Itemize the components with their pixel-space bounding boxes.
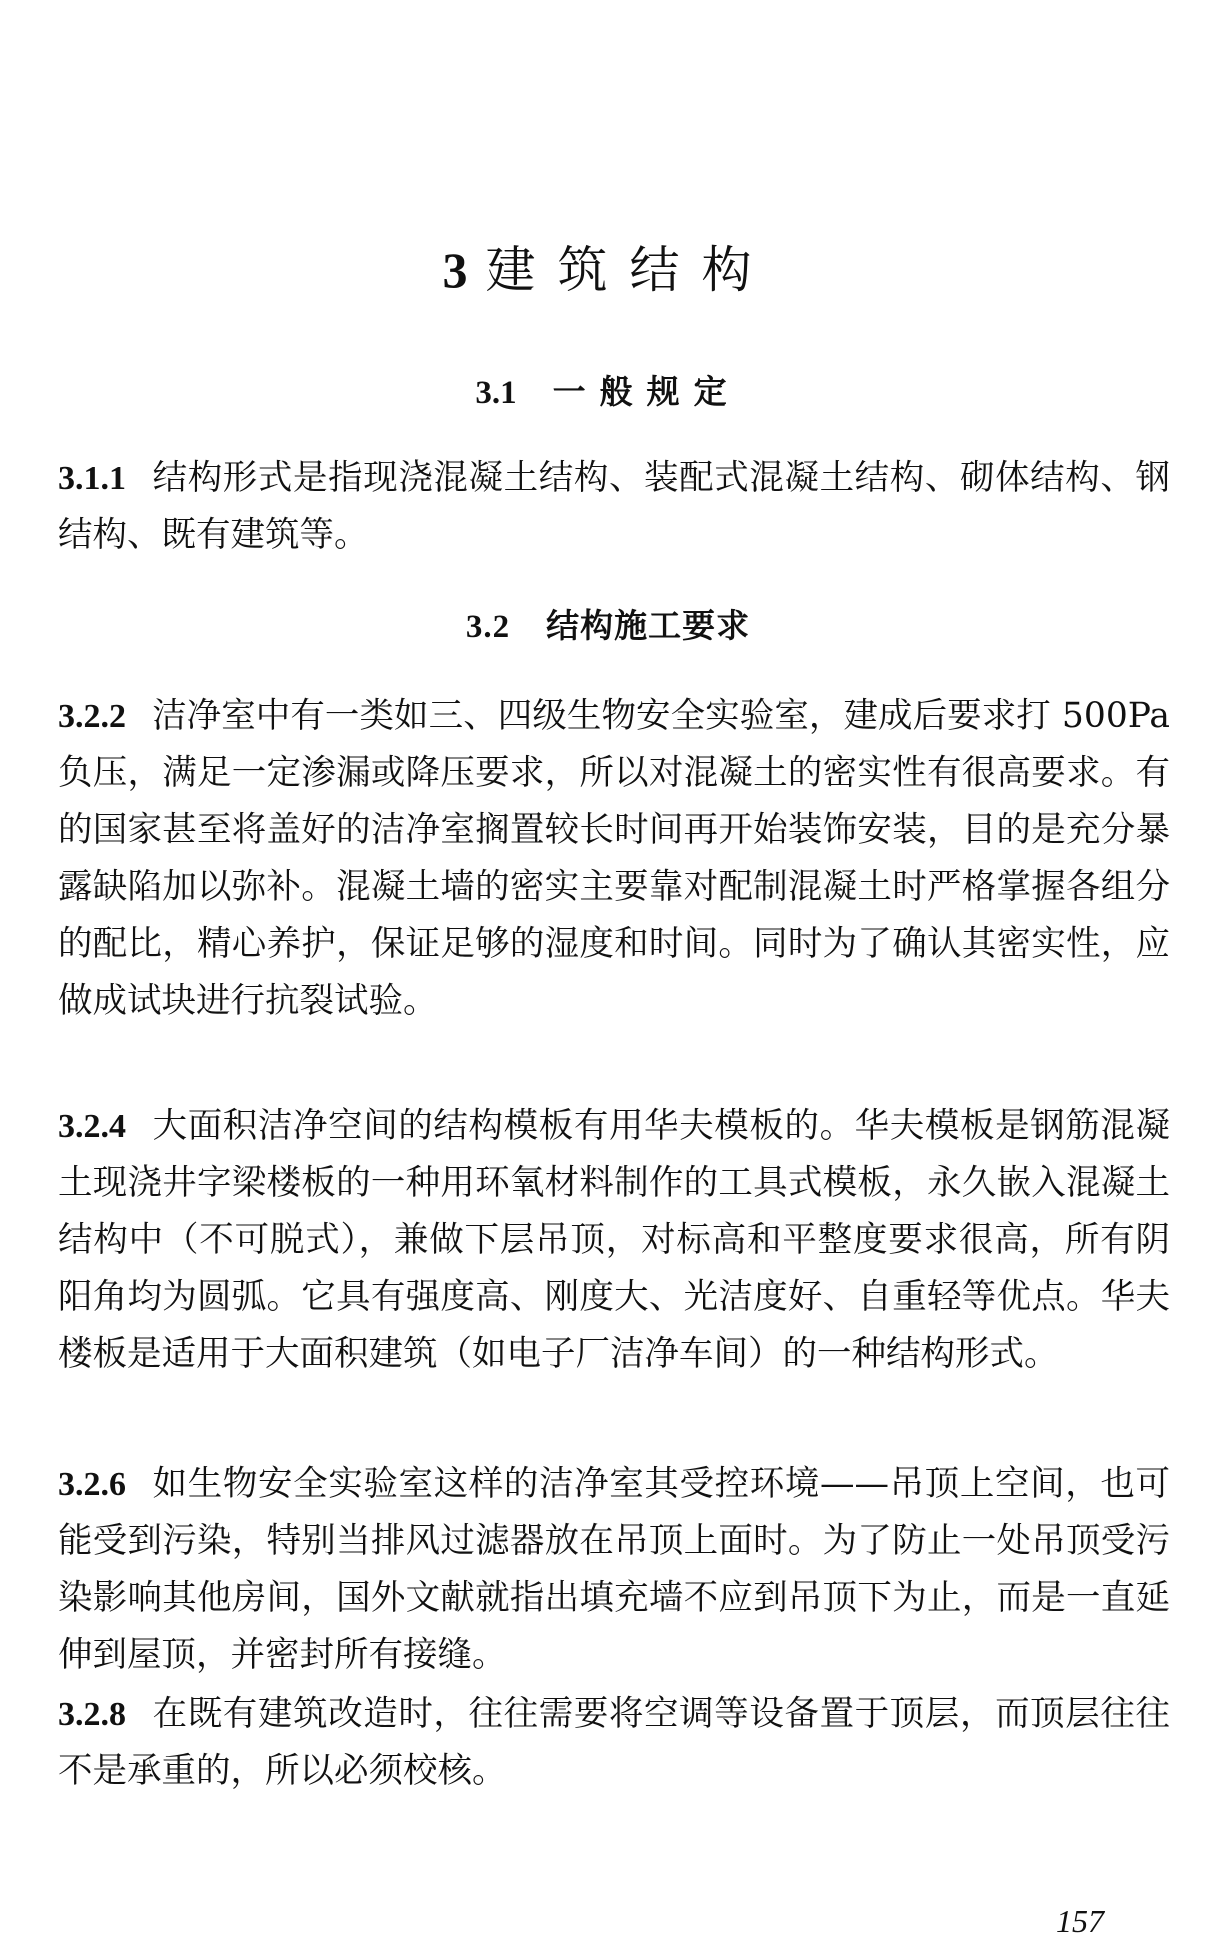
section-number: 3.1	[475, 375, 516, 411]
clause-text: 结构形式是指现浇混凝土结构、装配式混凝土结构、砌体结构、钢结构、既有建筑等。	[58, 458, 1170, 555]
clause-text: 在既有建筑改造时，往往需要将空调等设备置于顶层，而顶层往往不是承重的，所以必须校…	[58, 1694, 1170, 1791]
clause-3-2-8: 3.2.8在既有建筑改造时，往往需要将空调等设备置于顶层，而顶层往往不是承重的，…	[58, 1686, 1170, 1800]
clause-number: 3.2.4	[58, 1108, 126, 1145]
section-title-text: 结构施工要求	[546, 606, 750, 645]
clause-3-2-2: 3.2.2洁净室中有一类如三、四级生物安全实验室，建成后要求打 500Pa 负压…	[58, 688, 1170, 1030]
chapter-title-text: 建筑结构	[486, 241, 774, 299]
clause-text: 大面积洁净空间的结构模板有用华夫模板的。华夫模板是钢筋混凝土现浇井字梁楼板的一种…	[58, 1106, 1170, 1374]
clause-3-2-6: 3.2.6如生物安全实验室这样的洁净室其受控环境——吊顶上空间，也可能受到污染，…	[58, 1456, 1170, 1684]
clause-3-1-1: 3.1.1结构形式是指现浇混凝土结构、装配式混凝土结构、砌体结构、钢结构、既有建…	[58, 450, 1170, 564]
clause-text: 如生物安全实验室这样的洁净室其受控环境——吊顶上空间，也可能受到污染，特别当排风…	[58, 1464, 1170, 1675]
clause-number: 3.2.6	[58, 1466, 126, 1503]
clause-3-2-4: 3.2.4大面积洁净空间的结构模板有用华夫模板的。华夫模板是钢筋混凝土现浇井字梁…	[58, 1098, 1170, 1383]
section-title-text: 一般规定	[553, 372, 741, 411]
clause-text: 洁净室中有一类如三、四级生物安全实验室，建成后要求打 500Pa 负压，满足一定…	[58, 696, 1170, 1021]
chapter-number: 3	[443, 242, 468, 298]
clause-number: 3.2.8	[58, 1696, 126, 1733]
section-heading-3-2: 3.2结构施工要求	[0, 606, 1216, 647]
clause-number: 3.2.2	[58, 698, 126, 735]
section-heading-3-1: 3.1一般规定	[0, 372, 1216, 413]
clause-number: 3.1.1	[58, 460, 126, 497]
chapter-title: 3建筑结构	[0, 240, 1216, 300]
section-number: 3.2	[466, 609, 510, 645]
page-number: 157	[1056, 1903, 1104, 1940]
